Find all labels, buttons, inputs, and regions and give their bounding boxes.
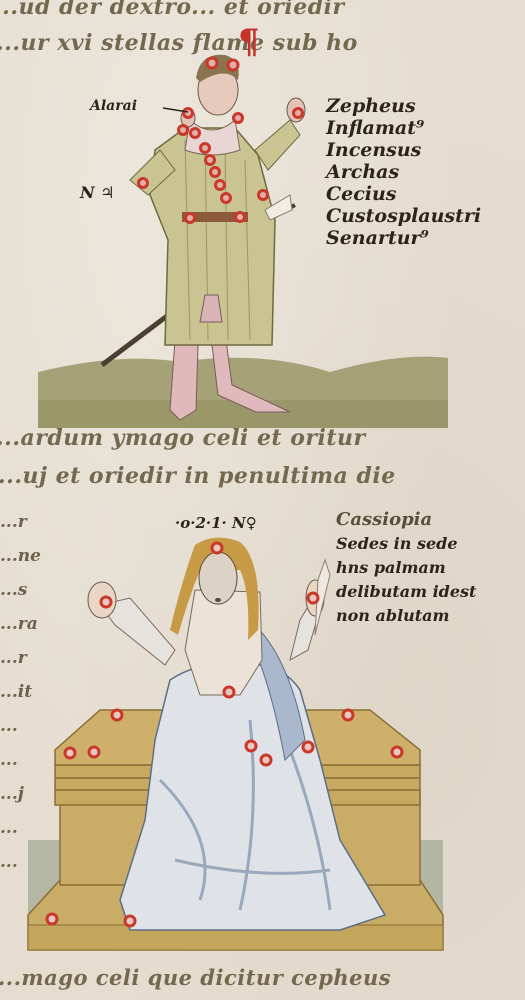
text-line-middle-1: ...ardum ymago celi et oritur xyxy=(0,425,366,451)
caption-line: Senartur⁹ xyxy=(326,227,481,249)
caption-line: Sedes in sede xyxy=(336,532,476,556)
cassiopeia-label-sign: ·o·2·1· N♀ xyxy=(175,514,257,532)
caption-line: Cecius xyxy=(326,183,481,205)
caption-line: Archas xyxy=(326,161,481,183)
caption-line: Zepheus xyxy=(326,95,481,117)
caption-line: non ablutam xyxy=(336,604,476,628)
text-line-bottom-1: ...mago celi que dicitur cepheus xyxy=(0,965,391,990)
cepheus-label-sign: N ♃ xyxy=(80,183,115,202)
cepheus-caption: Zepheus Inflamat⁹ Incensus Archas Cecius… xyxy=(326,95,481,249)
text-line-middle-2: ...uj et oriedir in penultima die xyxy=(0,463,396,489)
caption-line: Custosplaustri xyxy=(326,205,481,227)
caption-line: delibutam idest xyxy=(336,580,476,604)
caption-line: Inflamat⁹ xyxy=(326,117,481,139)
cepheus-label-alarai: Alarai xyxy=(90,98,137,114)
cassiopeia-caption: Cassiopia Sedes in sede hns palmam delib… xyxy=(336,508,476,628)
caption-line: hns palmam xyxy=(336,556,476,580)
caption-line: Incensus xyxy=(326,139,481,161)
manuscript-page: ...ud der dextro... et oriedir ...ur xvi… xyxy=(0,0,525,1000)
caption-line: Cassiopia xyxy=(336,508,476,532)
